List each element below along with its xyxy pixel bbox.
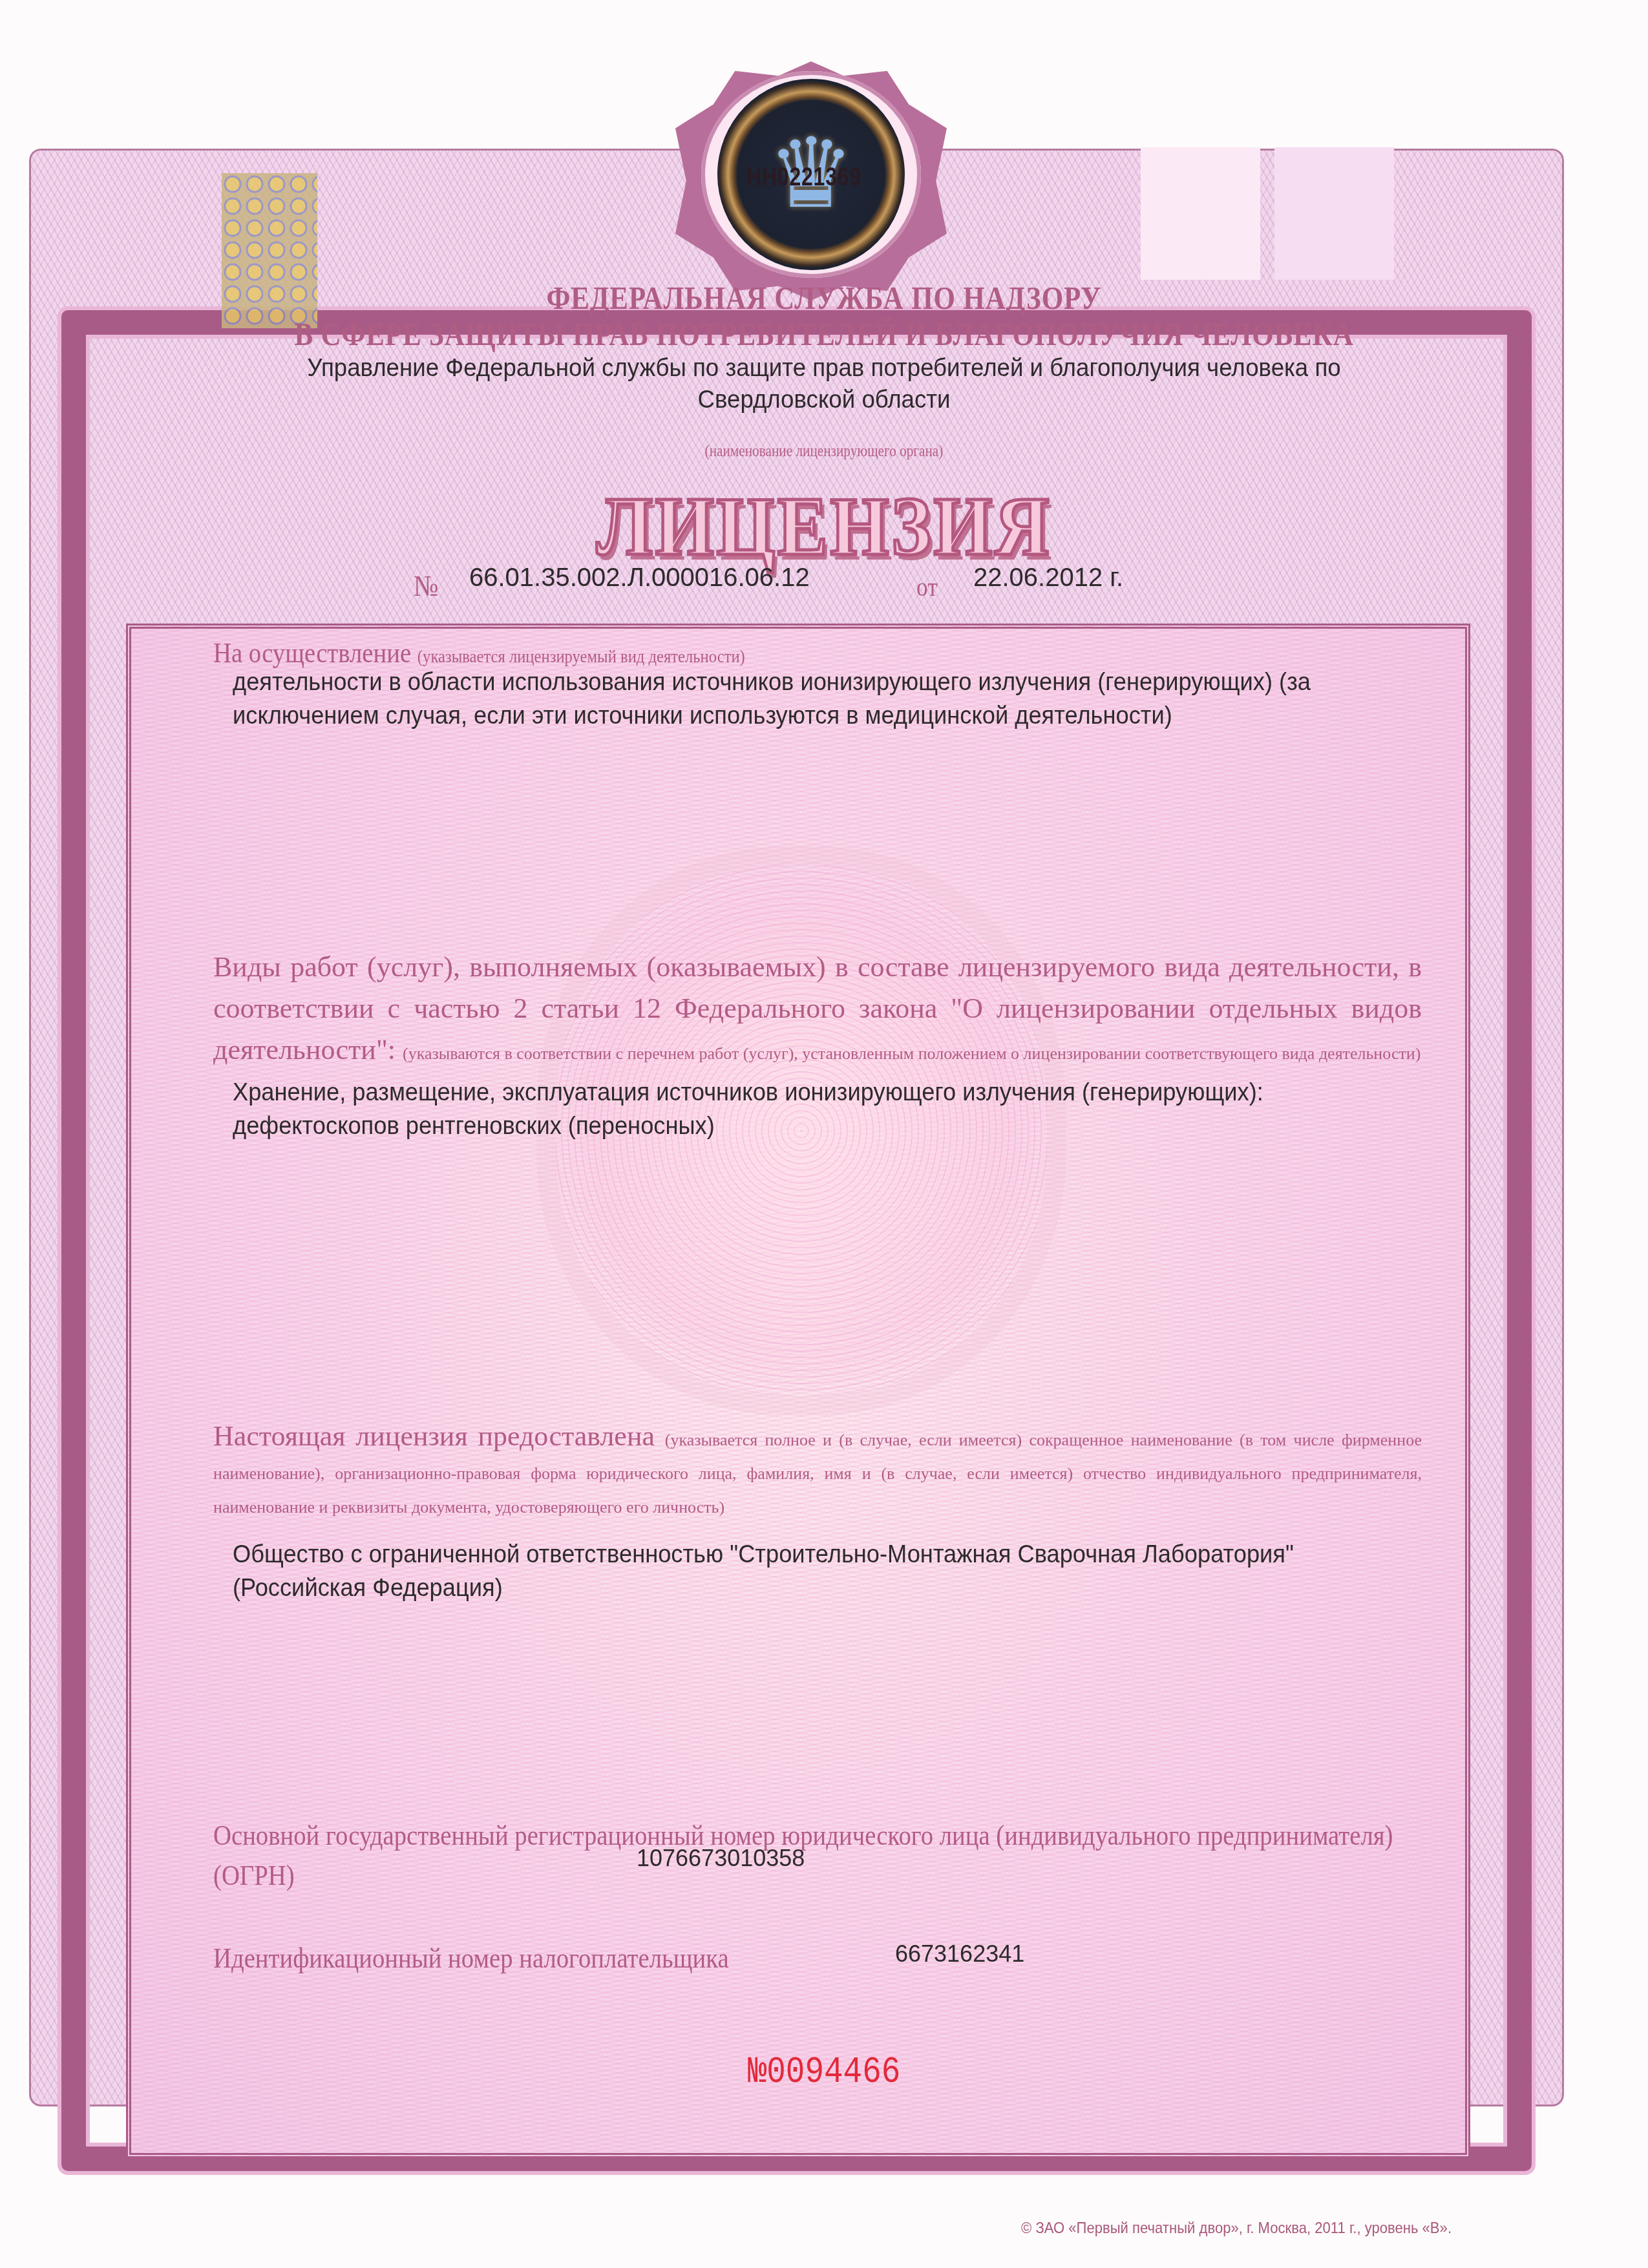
activity-hint: (указывается лицензируемый вид деятельно… (417, 647, 745, 667)
licensee-value-line2: (Российская Федерация) (233, 1571, 1375, 1605)
works-hint: (указываются в соответствии с перечнем р… (403, 1044, 1421, 1063)
authority-name-line1: Управление Федеральной службы по защите … (50, 352, 1599, 384)
activity-label-text: На осуществление (213, 637, 411, 669)
license-number: 66.01.35.002.Л.000016.06.12 (469, 563, 810, 593)
blank-field-right (1274, 147, 1394, 280)
authority-name-line2: Свердловской области (50, 384, 1599, 415)
number-sign: № (414, 569, 439, 603)
licensing-authority-name: Управление Федеральной службы по защите … (50, 352, 1599, 415)
licensee-label-block: Настоящая лицензия предоставлена (указыв… (213, 1422, 1422, 1522)
ogrn-label: Основной государственный регистрационный… (213, 1816, 1408, 1896)
licensee-value: Общество с ограниченной ответственностью… (233, 1538, 1375, 1605)
activity-label: На осуществление (указывается лицензируе… (213, 636, 745, 669)
activity-value: деятельности в области использования ист… (233, 666, 1375, 733)
works-value-line1: Хранение, размещение, эксплуатация источ… (233, 1076, 1375, 1109)
printer-imprint: © ЗАО «Первый печатный двор», г. Москва,… (1021, 2220, 1452, 2238)
works-value: Хранение, размещение, эксплуатация источ… (233, 1076, 1375, 1143)
licensee-value-line1: Общество с ограниченной ответственностью… (233, 1538, 1375, 1571)
works-label-block: Виды работ (услуг), выполняемых (оказыва… (213, 947, 1422, 1075)
inn-label: Идентификационный номер налогоплательщик… (213, 1942, 729, 1975)
activity-value-line1: деятельности в области использования ист… (233, 666, 1375, 699)
license-date: 22.06.2012 г. (973, 563, 1123, 593)
ogrn-value: 1076673010358 (637, 1845, 805, 1872)
date-from-label: от (916, 572, 938, 602)
agency-title-line2: В СФЕРЕ ЗАЩИТЫ ПРАВ ПОТРЕБИТЕЛЕЙ И БЛАГО… (116, 315, 1533, 353)
hologram-serial: НН0221369 (746, 163, 861, 192)
blank-field-left (1141, 147, 1260, 280)
authority-caption: (наименование лицензирующего органа) (123, 443, 1525, 461)
form-serial-number: №0094466 (123, 2052, 1525, 2094)
licensee-label: Настоящая лицензия предоставлена (213, 1420, 655, 1452)
agency-title-line1: ФЕДЕРАЛЬНАЯ СЛУЖБА ПО НАДЗОРУ (116, 279, 1533, 317)
works-value-line2: дефектоскопов рентгеновских (переносных) (233, 1109, 1375, 1143)
inn-value: 6673162341 (895, 1940, 1024, 1968)
activity-value-line2: исключением случая, если эти источники и… (233, 699, 1375, 733)
license-title: ЛИЦЕНЗИЯ (83, 478, 1566, 575)
